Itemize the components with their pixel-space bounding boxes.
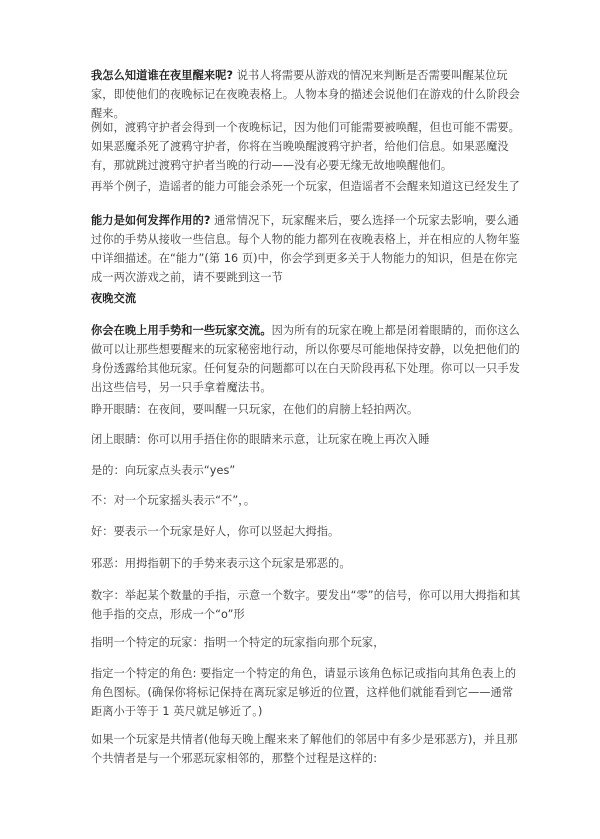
signal-open-eyes: 睁开眼睛：在夜间，要叫醒一只玩家，在他们的肩膀上轻拍两次。 bbox=[91, 400, 523, 419]
paragraph-text: 再举个例子，造谣者的能力可能会杀死一个玩家，但造谣者不会醒来知道这已经发生了 bbox=[91, 180, 520, 193]
signal-good: 好：要表示一个玩家是好人，你可以竖起大拇指。 bbox=[91, 522, 523, 541]
signal-point-player: 指明一个特定的玩家：指明一个特定的玩家指向那个玩家， bbox=[91, 633, 523, 652]
paragraph-raven-example: 例如，渡鸦守护者会得到一个夜晚标记，因为他们可能需要被唤醒，但也可能不需要。如果… bbox=[91, 118, 523, 175]
paragraph-text: 闭上眼睛：你可以用手捂住你的眼睛来示意，让玩家在晚上再次入睡 bbox=[91, 433, 430, 446]
paragraph-abilities: 能力是如何发挥作用的? 通常情况下，玩家醒来后，要么选择一个玩家去影响，要么通过… bbox=[91, 211, 523, 287]
signal-close-eyes: 闭上眼睛：你可以用手捂住你的眼睛来示意，让玩家在晚上再次入睡 bbox=[91, 430, 523, 449]
paragraph-lead: 你会在晚上用手势和一些玩家交流。 bbox=[91, 324, 272, 337]
paragraph-text: 好：要表示一个玩家是好人，你可以竖起大拇指。 bbox=[91, 525, 339, 538]
paragraph-text: 指明一个特定的玩家：指明一个特定的玩家指向那个玩家， bbox=[91, 636, 384, 649]
section-heading: 夜晚交流 bbox=[91, 289, 523, 308]
paragraph-text: 邪恶：用拇指朝下的手势来表示这个玩家是邪恶的。 bbox=[91, 557, 351, 570]
paragraph-gossip-example: 再举个例子，造谣者的能力可能会杀死一个玩家，但造谣者不会醒来知道这已经发生了 bbox=[91, 177, 523, 196]
paragraph-text: 指定一个特定的角色: 要指定一个特定的角色，请显示该角色标记或指向其角色表上的角… bbox=[91, 667, 516, 718]
paragraph-empath-example: 如果一个玩家是共情者(他每天晚上醒来来了解他们的邻居中有多少是邪恶方)，并且那个… bbox=[91, 730, 523, 768]
paragraph-night-communication: 你会在晚上用手势和一些玩家交流。因为所有的玩家在晚上都是闭着眼睛的，而你这么做可… bbox=[91, 321, 523, 397]
paragraph-text: 睁开眼睛：在夜间，要叫醒一只玩家，在他们的肩膀上轻拍两次。 bbox=[91, 403, 418, 416]
paragraph-who-wakes: 我怎么知道谁在夜里醒来呢? 说书人将需要从游戏的情况来判断是否需要叫醒某位玩家，… bbox=[91, 66, 523, 123]
paragraph-text: 不：对一个玩家摇头表示“不”，。 bbox=[91, 494, 255, 507]
signal-yes: 是的：向玩家点头表示“yes” bbox=[91, 461, 523, 480]
paragraph-lead: 我怎么知道谁在夜里醒来呢? bbox=[91, 69, 233, 82]
signal-evil: 邪恶：用拇指朝下的手势来表示这个玩家是邪恶的。 bbox=[91, 554, 523, 573]
paragraph-text: 例如，渡鸦守护者会得到一个夜晚标记，因为他们可能需要被唤醒，但也可能不需要。如果… bbox=[91, 121, 520, 172]
paragraph-lead: 能力是如何发挥作用的? bbox=[91, 214, 210, 227]
paragraph-text: 数字：举起某个数量的手指，示意一个数字。要发出“零”的信号，你可以用大拇指和其他… bbox=[91, 589, 520, 621]
paragraph-text: 是的：向玩家点头表示“yes” bbox=[91, 464, 235, 477]
signal-point-character: 指定一个特定的角色: 要指定一个特定的角色，请显示该角色标记或指向其角色表上的角… bbox=[91, 664, 523, 721]
signal-no: 不：对一个玩家摇头表示“不”，。 bbox=[91, 491, 523, 510]
signal-number: 数字：举起某个数量的手指，示意一个数字。要发出“零”的信号，你可以用大拇指和其他… bbox=[91, 586, 523, 624]
paragraph-text: 如果一个玩家是共情者(他每天晚上醒来来了解他们的邻居中有多少是邪恶方)，并且那个… bbox=[91, 733, 518, 765]
